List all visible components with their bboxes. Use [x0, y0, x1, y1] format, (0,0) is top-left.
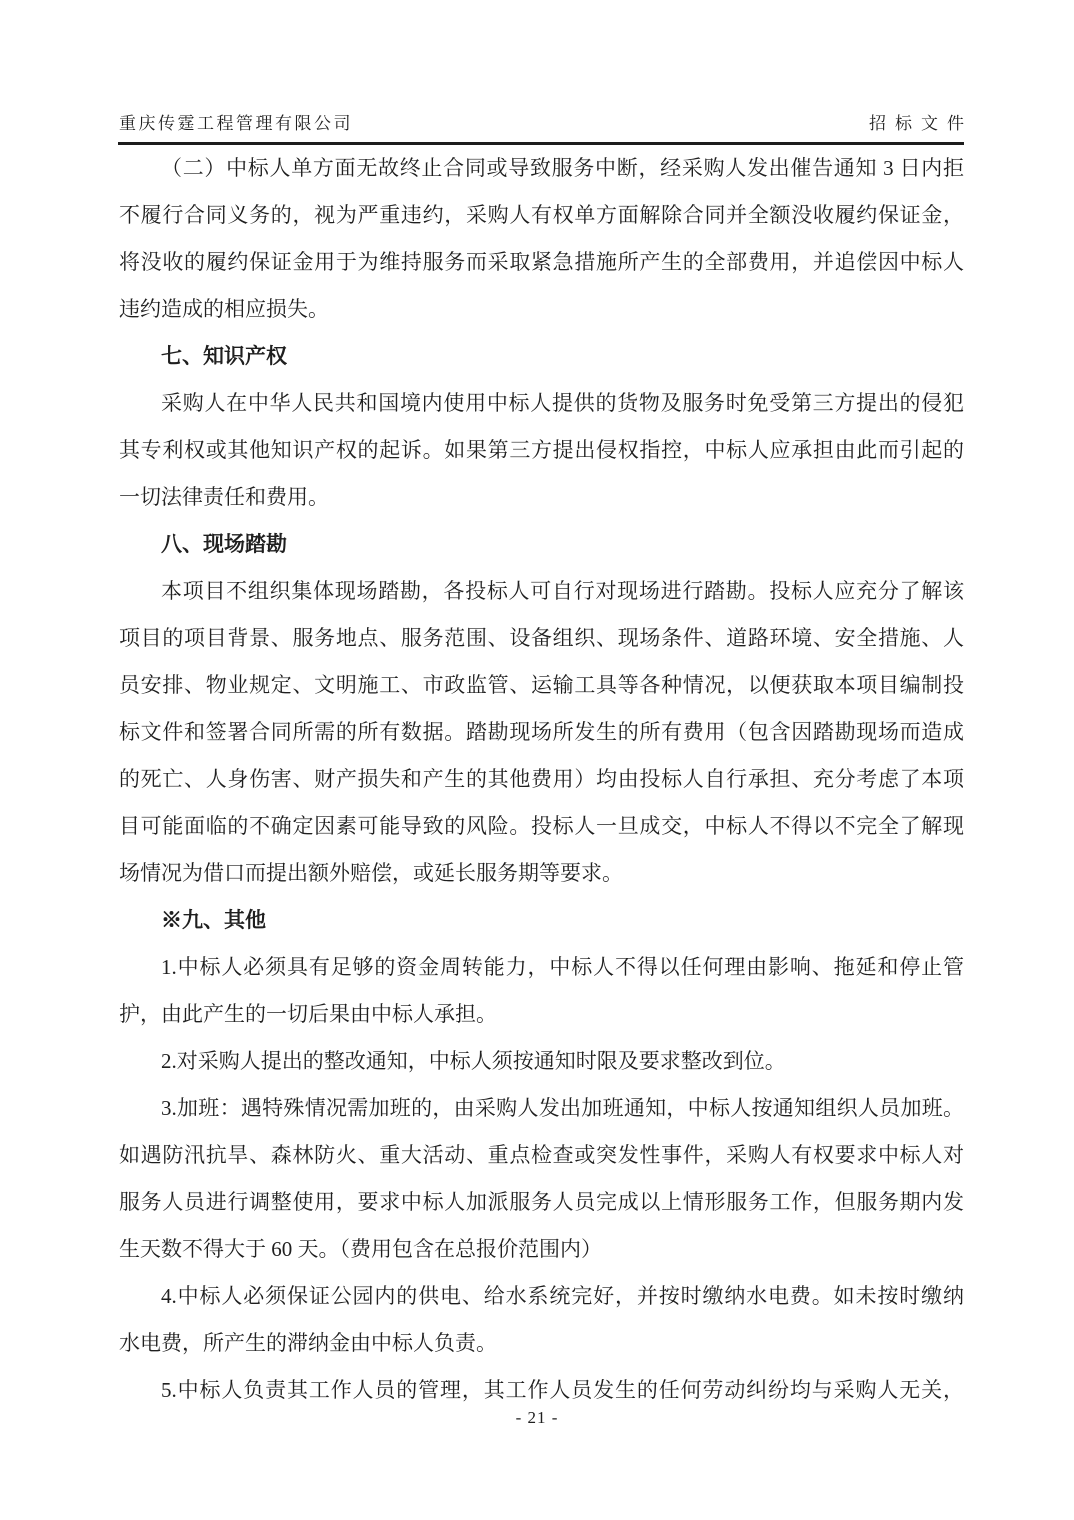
- paragraph-line: 标文件和签署合同所需的所有数据。踏勘现场所发生的所有费用（包含因踏勘现场而造成: [119, 709, 964, 756]
- paragraph-line: 一切法律责任和费用。: [119, 474, 964, 521]
- paragraph-line: 员安排、物业规定、文明施工、市政监管、运输工具等各种情况，以便获取本项目编制投: [119, 662, 964, 709]
- paragraph-line: 5.中标人负责其工作人员的管理，其工作人员发生的任何劳动纠纷均与采购人无关，: [119, 1367, 964, 1414]
- header-doc-type: 招标文件: [869, 109, 973, 134]
- paragraph-line: 服务人员进行调整使用，要求中标人加派服务人员完成以上情形服务工作，但服务期内发: [119, 1179, 964, 1226]
- paragraph-line: 不履行合同义务的，视为严重违约，采购人有权单方面解除合同并全额没收履约保证金，: [119, 192, 964, 239]
- paragraph-line: 水电费，所产生的滞纳金由中标人负责。: [119, 1320, 964, 1367]
- page-header: 重庆传霆工程管理有限公司 招标文件: [119, 109, 964, 134]
- paragraph-line: 的死亡、人身伤害、财产损失和产生的其他费用）均由投标人自行承担、充分考虑了本项: [119, 756, 964, 803]
- paragraph-line: 生天数不得大于 60 天。（费用包含在总报价范围内）: [119, 1226, 964, 1273]
- page-footer: - 21 -: [0, 1408, 1074, 1428]
- paragraph-line: 如遇防汛抗旱、森林防火、重大活动、重点检查或突发性事件，采购人有权要求中标人对: [119, 1132, 964, 1179]
- paragraph-line: （二）中标人单方面无故终止合同或导致服务中断，经采购人发出催告通知 3 日内拒: [119, 145, 964, 192]
- paragraph-line: 本项目不组织集体现场踏勘，各投标人可自行对现场进行踏勘。投标人应充分了解该: [119, 568, 964, 615]
- heading-section-8-site-survey: 八、现场踏勘: [119, 521, 964, 568]
- document-page: 重庆传霆工程管理有限公司 招标文件 （二）中标人单方面无故终止合同或导致服务中断…: [0, 0, 1074, 1520]
- page-number: - 21 -: [516, 1408, 559, 1427]
- paragraph-line: 1.中标人必须具有足够的资金周转能力，中标人不得以任何理由影响、拖延和停止管: [119, 944, 964, 991]
- heading-section-7-intellectual-property: 七、知识产权: [119, 333, 964, 380]
- paragraph-line: 护，由此产生的一切后果由中标人承担。: [119, 991, 964, 1038]
- document-body: （二）中标人单方面无故终止合同或导致服务中断，经采购人发出催告通知 3 日内拒 …: [119, 145, 964, 1414]
- paragraph-line: 采购人在中华人民共和国境内使用中标人提供的货物及服务时免受第三方提出的侵犯: [119, 380, 964, 427]
- paragraph-line: 4.中标人必须保证公园内的供电、给水系统完好，并按时缴纳水电费。如未按时缴纳: [119, 1273, 964, 1320]
- heading-section-9-others: ※九、其他: [119, 897, 964, 944]
- paragraph-line: 项目的项目背景、服务地点、服务范围、设备组织、现场条件、道路环境、安全措施、人: [119, 615, 964, 662]
- paragraph-line: 2.对采购人提出的整改通知，中标人须按通知时限及要求整改到位。: [119, 1038, 964, 1085]
- paragraph-line: 其专利权或其他知识产权的起诉。如果第三方提出侵权指控，中标人应承担由此而引起的: [119, 427, 964, 474]
- paragraph-line: 目可能面临的不确定因素可能导致的风险。投标人一旦成交，中标人不得以不完全了解现: [119, 803, 964, 850]
- paragraph-line: 违约造成的相应损失。: [119, 286, 964, 333]
- paragraph-line: 将没收的履约保证金用于为维持服务而采取紧急措施所产生的全部费用，并追偿因中标人: [119, 239, 964, 286]
- paragraph-line: 场情况为借口而提出额外赔偿，或延长服务期等要求。: [119, 850, 964, 897]
- header-company-name: 重庆传霆工程管理有限公司: [119, 109, 353, 134]
- paragraph-line: 3.加班：遇特殊情况需加班的，由采购人发出加班通知，中标人按通知组织人员加班。: [119, 1085, 964, 1132]
